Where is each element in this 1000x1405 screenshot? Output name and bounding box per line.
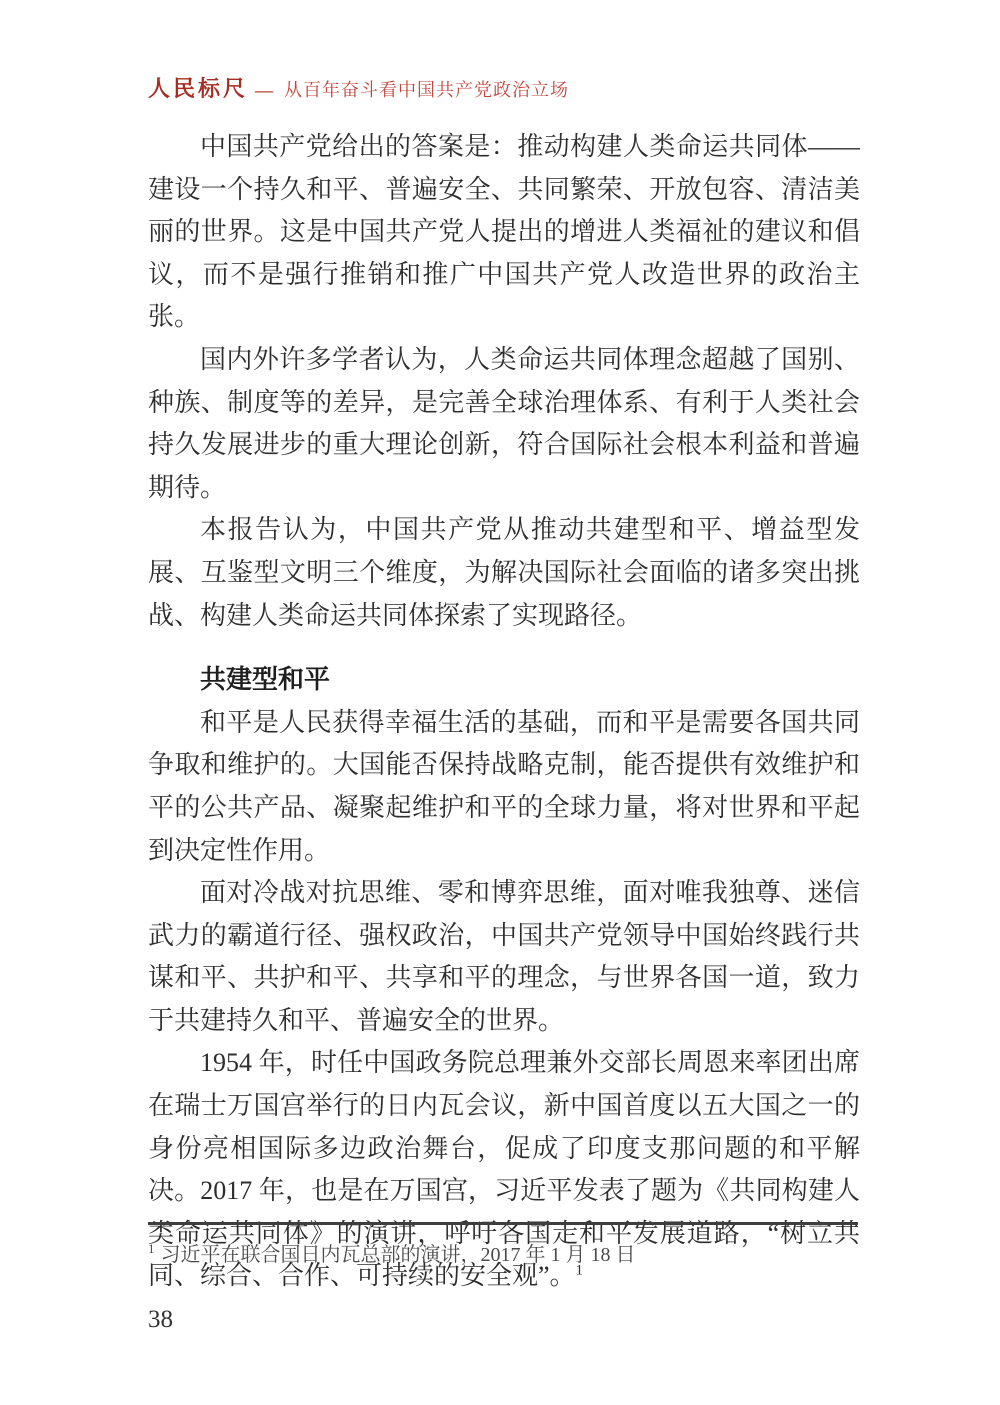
- paragraph-scholars-view: 国内外许多学者认为，人类命运共同体理念超越了国别、种族、制度等的差异，是完善全球…: [148, 339, 860, 509]
- paragraph-cold-war-thinking: 面对冷战对抗思维、零和博弈思维，面对唯我独尊、迷信武力的霸道行径、强权政治，中国…: [148, 872, 860, 1042]
- document-page: 人民标尺 — 从百年奋斗看中国共产党政治立场 中国共产党给出的答案是：推动构建人…: [0, 0, 1000, 1405]
- footnote-divider: [148, 1222, 858, 1225]
- header-dash: —: [255, 80, 273, 100]
- paragraph-report-view: 本报告认为，中国共产党从推动共建型和平、增益型发展、互鉴型文明三个维度，为解决国…: [148, 509, 860, 637]
- section-heading: 共建型和平: [148, 659, 860, 702]
- book-title: 人民标尺: [148, 76, 248, 101]
- footnote-text: 习近平在联合国日内瓦总部的演讲，2017 年 1 月 18 日: [161, 1244, 636, 1266]
- chapter-subtitle: 从百年奋斗看中国共产党政治立场: [284, 80, 569, 100]
- footnote: 1习近平在联合国日内瓦总部的演讲，2017 年 1 月 18 日: [148, 1240, 860, 1270]
- footnote-marker: 1: [148, 1241, 155, 1256]
- paragraph-ccp-answer: 中国共产党给出的答案是：推动构建人类命运共同体——建设一个持久和平、普遍安全、共…: [148, 126, 860, 339]
- paragraph-peace-basis: 和平是人民获得幸福生活的基础，而和平是需要各国共同争取和维护的。大国能否保持战略…: [148, 702, 860, 872]
- page-number: 38: [148, 1306, 173, 1334]
- running-header: 人民标尺 — 从百年奋斗看中国共产党政治立场: [148, 72, 569, 103]
- page-body: 中国共产党给出的答案是：推动构建人类命运共同体——建设一个持久和平、普遍安全、共…: [148, 126, 860, 1298]
